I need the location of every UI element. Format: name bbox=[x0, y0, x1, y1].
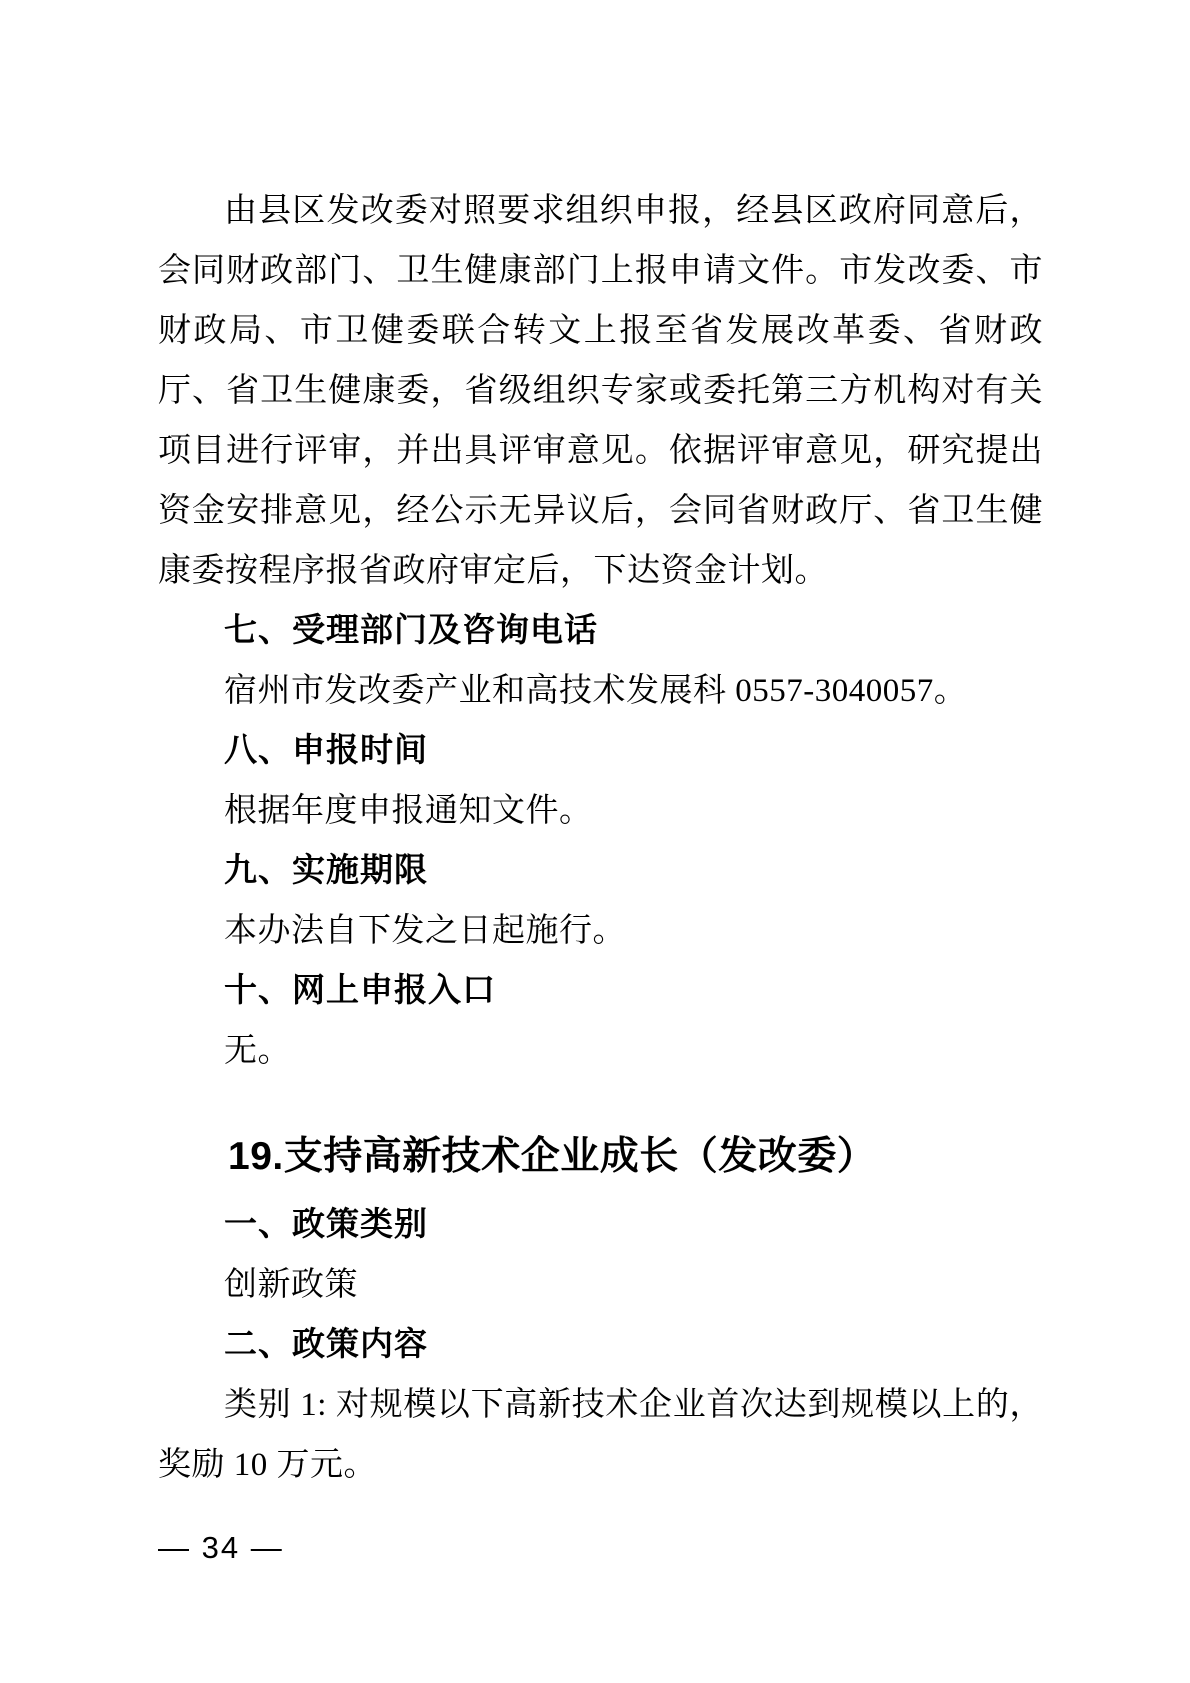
section-heading-application-time: 八、申报时间 bbox=[158, 721, 1043, 781]
section-body-online-entry: 无。 bbox=[158, 1021, 1043, 1081]
section-heading-online-entry: 十、网上申报入口 bbox=[158, 961, 1043, 1021]
chapter-19-title: 19.支持高新技术企业成长（发改委） bbox=[158, 1119, 1043, 1195]
section-body-application-time: 根据年度申报通知文件。 bbox=[158, 781, 1043, 841]
intro-paragraph: 由县区发改委对照要求组织申报，经县区政府同意后，会同财政部门、卫生健康部门上报申… bbox=[158, 181, 1043, 601]
page-number: — 34 — bbox=[158, 1530, 284, 1566]
section-body-policy-content: 类别 1: 对规模以下高新技术企业首次达到规模以上的，奖励 10 万元。 bbox=[158, 1375, 1043, 1495]
section-heading-implementation-period: 九、实施期限 bbox=[158, 841, 1043, 901]
section-body-implementation-period: 本办法自下发之日起施行。 bbox=[158, 901, 1043, 961]
section-heading-policy-category: 一、政策类别 bbox=[158, 1195, 1043, 1255]
section-body-acceptance-dept: 宿州市发改委产业和高技术发展科 0557-3040057。 bbox=[158, 661, 1043, 721]
document-page: 由县区发改委对照要求组织申报，经县区政府同意后，会同财政部门、卫生健康部门上报申… bbox=[0, 0, 1190, 1683]
section-body-policy-category: 创新政策 bbox=[158, 1255, 1043, 1315]
section-heading-policy-content: 二、政策内容 bbox=[158, 1315, 1043, 1375]
section-heading-acceptance-dept: 七、受理部门及咨询电话 bbox=[158, 601, 1043, 661]
